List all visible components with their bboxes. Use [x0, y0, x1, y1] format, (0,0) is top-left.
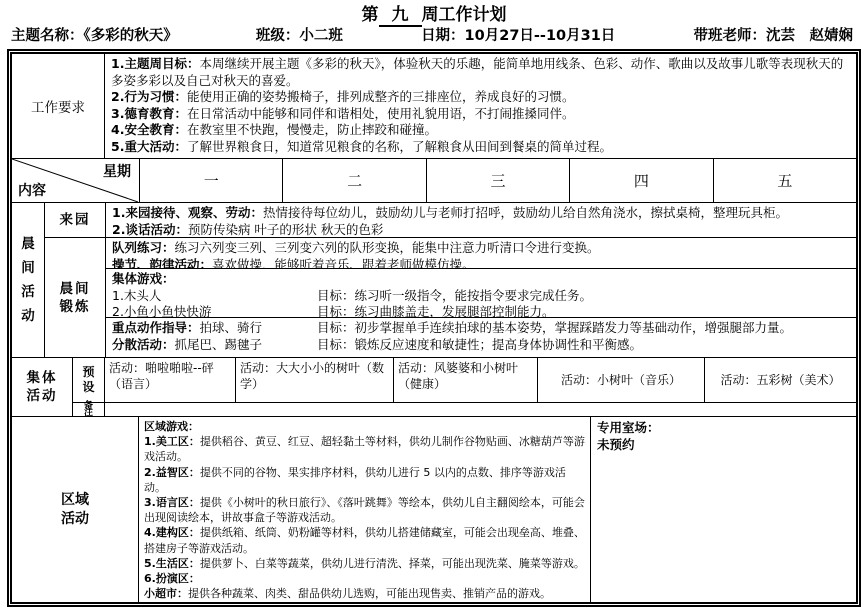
key-guidance-name: 分散活动：抓尾巴、踢毽子 — [112, 337, 317, 354]
work-item-lead: 3.德育教育： — [111, 106, 187, 121]
regional-item: 5.生活区：提供萝卜、白菜等蔬菜，供幼儿进行清洗、择菜，可能出现洗菜、腌菜等游戏… — [144, 556, 585, 571]
work-requirements-row: 工作要求 1.主题周目标：本周继续开展主题《多彩的秋天》，体验秋天的乐趣，能简单… — [12, 54, 856, 158]
activity-wednesday: 活动：风婆婆和小树叶（健康） — [393, 358, 537, 402]
regional-item: 6.扮演区： — [144, 571, 585, 586]
title-prefix: 第 — [362, 5, 379, 25]
date-range: 日期：10月27日--10月31日 — [421, 27, 615, 46]
drill-item-lead: 操节、韵律活动： — [112, 257, 212, 269]
preset-label-text: 预设 — [82, 365, 95, 395]
drill-item-text: 练习六列变三列、三列变六列的队形变换，能集中注意力听清口令进行变换。 — [175, 240, 600, 255]
work-item-lead: 2.行为习惯： — [111, 89, 187, 104]
morning-exercise-label-text: 晨间锻炼 — [59, 280, 91, 316]
key-guidance-activity: 抓尾巴、踢毽子 — [175, 337, 263, 352]
work-item-lead: 5.重大活动： — [111, 139, 187, 154]
document-meta-row: 主题名称：《多彩的秋天》 班级：小二班 日期：10月27日--10月31日 带班… — [7, 26, 861, 49]
key-guidance-section: 重点动作指导：拍球、骑行 目标：初步掌握单手连续拍球的基本姿势，掌握踩踏发力等基… — [106, 317, 856, 357]
note-label: 备注 — [73, 402, 104, 416]
day-friday: 五 — [713, 159, 856, 202]
group-game-goal: 目标：练习曲膝盖走，发展腿部控制能力。 — [317, 304, 555, 317]
key-guidance-item: 重点动作指导：拍球、骑行 目标：初步掌握单手连续拍球的基本姿势，掌握踩踏发力等基… — [112, 320, 850, 337]
regional-item: 1.美工区：提供稻谷、黄豆、红豆、超轻黏土等材料，供幼儿制作谷物贴画、冰糖葫芦等… — [144, 434, 585, 464]
morning-activities-band: 晨间活动 来园 1.来园接待、观察、劳动：热情接待每位幼儿，鼓励幼儿与老师打招呼… — [12, 202, 856, 357]
regional-activities-label: 区域活动 — [12, 417, 138, 602]
note-cell — [105, 402, 856, 416]
regional-activities-content: 区域游戏： 1.美工区：提供稻谷、黄豆、红豆、超轻黏土等材料，供幼儿制作谷物贴画… — [138, 417, 590, 602]
work-item-text: 在教室里不快跑，慢慢走，防止摔跤和碰撞。 — [187, 122, 437, 137]
arrival-content: 1.来园接待、观察、劳动：热情接待每位幼儿，鼓励幼儿与老师打招呼，鼓励幼儿给自然… — [105, 203, 856, 237]
regional-item-text: 提供《小树叶的秋日旅行》、《落叶跳舞》等绘本，供幼儿自主翻阅绘本，可能会出现阅读… — [144, 496, 585, 524]
regional-item-text: 提供各种蔬菜、肉类、甜品供幼儿选购，可能出现售卖、推销产品的游戏。 — [188, 587, 551, 600]
regional-item-lead: 3.语言区： — [144, 496, 200, 509]
regional-item-lead: 5.生活区： — [144, 557, 200, 570]
regional-item: 2.益智区：提供不同的谷物、果实排序材料，供幼儿进行 5 以内的点数、排序等游戏… — [144, 465, 585, 495]
morning-exercise-label: 晨间锻炼 — [45, 238, 105, 357]
day-thursday: 四 — [569, 159, 712, 202]
activity-tuesday: 活动：大大小小的树叶（数学） — [235, 358, 393, 402]
arrival-item-text: 预防传染病 叶子的形状 秋天的色彩 — [188, 222, 383, 237]
work-item-lead: 1.主题周目标： — [111, 56, 199, 71]
special-room-cell: 专用室场： 未预约 — [590, 417, 856, 602]
arrival-label-text: 来园 — [59, 211, 91, 229]
work-item-text: 了解世界粮食日，知道常见粮食的名称，了解粮食从田间到餐桌的简单过程。 — [187, 139, 612, 154]
group-game-item: 1.木头人 目标：练习听一级指令，能按指令要求完成任务。 — [112, 288, 850, 305]
teachers: 带班老师：沈芸 赵婧娴 — [693, 27, 853, 46]
day-wednesday: 三 — [426, 159, 569, 202]
morning-exercise-row: 晨间锻炼 队列练习：练习六列变三列、三列变六列的队形变换，能集中注意力听清口令进… — [45, 237, 856, 357]
regional-activities-label-text: 区域活动 — [58, 491, 92, 529]
corner-week-label: 星期 — [103, 161, 131, 181]
drill-item: 操节、韵律活动：喜欢做操，能够听着音乐、跟着老师做模仿操。 — [112, 257, 850, 269]
activity-friday: 活动：五彩树（美术） — [704, 358, 856, 402]
regional-item-lead: 4.建构区： — [144, 526, 200, 539]
morning-activities-label-text: 晨间活动 — [21, 232, 36, 328]
page-title: 第九周工作计划 — [7, 5, 861, 26]
arrival-item-lead: 2.谈话活动： — [112, 222, 188, 237]
work-item: 3.德育教育：在日常活动中能够和同伴和谐相处，使用礼貌用语，不打闹推搡同伴。 — [111, 106, 850, 123]
drill-section: 队列练习：练习六列变三列、三列变六列的队形变换，能集中注意力听清口令进行变换。 … — [106, 238, 856, 268]
drill-item-lead: 队列练习： — [112, 240, 175, 255]
arrival-label: 来园 — [45, 203, 105, 237]
drill-item-text: 喜欢做操，能够听着音乐、跟着老师做模仿操。 — [212, 257, 475, 269]
work-item-text: 在日常活动中能够和同伴和谐相处，使用礼貌用语，不打闹推搡同伴。 — [187, 106, 575, 121]
collective-activities-band: 集体活动 预设 备注 活动：啪啦啪啦--砰（语言） 活动：大大小小的树叶（数学）… — [12, 357, 856, 416]
regional-item-text: 提供萝卜、白菜等蔬菜，供幼儿进行清洗、择菜，可能出现洗菜、腌菜等游戏。 — [200, 557, 585, 570]
key-guidance-goal: 目标：锻炼反应速度和敏捷性；提高身体协调性和平衡感。 — [317, 337, 642, 354]
work-item-lead: 4.安全教育： — [111, 122, 187, 137]
key-guidance-activity: 拍球、骑行 — [200, 320, 263, 335]
document-header: 第九周工作计划 主题名称：《多彩的秋天》 班级：小二班 日期：10月27日--1… — [7, 0, 861, 49]
work-item: 1.主题周目标：本周继续开展主题《多彩的秋天》，体验秋天的乐趣，能简单地用线条、… — [111, 56, 850, 89]
regional-item-lead: 1.美工区： — [144, 435, 200, 448]
corner-cell: 星期 内容 — [12, 159, 139, 202]
weekly-plan-document: 第九周工作计划 主题名称：《多彩的秋天》 班级：小二班 日期：10月27日--1… — [0, 0, 868, 613]
arrival-item: 1.来园接待、观察、劳动：热情接待每位幼儿，鼓励幼儿与老师打招呼，鼓励幼儿给自然… — [112, 205, 850, 222]
arrival-item-text: 热情接待每位幼儿，鼓励幼儿与老师打招呼，鼓励幼儿给自然角浇水，擦拭桌椅，整理玩具… — [263, 205, 788, 220]
regional-activities-band: 区域活动 区域游戏： 1.美工区：提供稻谷、黄豆、红豆、超轻黏土等材料，供幼儿制… — [12, 416, 856, 602]
group-game-name: 1.木头人 — [112, 288, 317, 305]
note-label-text: 备注 — [84, 403, 94, 417]
group-games-header: 集体游戏： — [112, 271, 850, 288]
collective-activities-label: 集体活动 — [12, 358, 72, 416]
class-name: 班级：小二班 — [256, 27, 343, 46]
regional-item-text: 提供稻谷、黄豆、红豆、超轻黏土等材料，供幼儿制作谷物贴画、冰糖葫芦等游戏活动。 — [144, 435, 585, 463]
theme-name: 主题名称：《多彩的秋天》 — [11, 27, 178, 46]
group-game-item: 2.小鱼小鱼快快游 目标：练习曲膝盖走，发展腿部控制能力。 — [112, 304, 850, 317]
weekday-header-row: 星期 内容 一 二 三 四 五 — [12, 158, 856, 202]
key-guidance-lead: 重点动作指导： — [112, 320, 200, 335]
key-guidance-goal: 目标：初步掌握单手连续拍球的基本姿势，掌握踩踏发力等基础动作，增强腿部力量。 — [317, 320, 792, 337]
work-item: 5.重大活动：了解世界粮食日，知道常见粮食的名称，了解粮食从田间到餐桌的简单过程… — [111, 139, 850, 156]
collective-activities-body: 活动：啪啦啪啦--砰（语言） 活动：大大小小的树叶（数学） 活动：风婆婆和小树叶… — [104, 358, 856, 416]
day-monday: 一 — [139, 159, 282, 202]
preset-label: 预设 — [73, 358, 104, 402]
regional-item: 小超市：提供各种蔬菜、肉类、甜品供幼儿选购，可能出现售卖、推销产品的游戏。 — [144, 586, 585, 601]
key-guidance-item: 分散活动：抓尾巴、踢毽子 目标：锻炼反应速度和敏捷性；提高身体协调性和平衡感。 — [112, 337, 850, 354]
morning-exercise-body: 队列练习：练习六列变三列、三列变六列的队形变换，能集中注意力听清口令进行变换。 … — [105, 238, 856, 357]
regional-item-text: 提供不同的谷物、果实排序材料，供幼儿进行 5 以内的点数、排序等游戏活动。 — [144, 466, 566, 494]
drill-item: 队列练习：练习六列变三列、三列变六列的队形变换，能集中注意力听清口令进行变换。 — [112, 240, 850, 257]
activity-monday: 活动：啪啦啪啦--砰（语言） — [105, 358, 235, 402]
work-item-text: 本周继续开展主题《多彩的秋天》，体验秋天的乐趣，能简单地用线条、色彩、动作、歌曲… — [111, 56, 843, 88]
preset-note-labels: 预设 备注 — [72, 358, 104, 416]
work-item: 2.行为习惯：能使用正确的姿势搬椅子，排列成整齐的三排座位，养成良好的习惯。 — [111, 89, 850, 106]
arrival-item-lead: 1.来园接待、观察、劳动： — [112, 205, 263, 220]
plan-table: 工作要求 1.主题周目标：本周继续开展主题《多彩的秋天》，体验秋天的乐趣，能简单… — [7, 49, 861, 607]
work-requirements-label: 工作要求 — [12, 54, 104, 158]
regional-games-header: 区域游戏： — [144, 419, 585, 434]
arrival-row: 来园 1.来园接待、观察、劳动：热情接待每位幼儿，鼓励幼儿与老师打招呼，鼓励幼儿… — [45, 203, 856, 237]
key-guidance-name: 重点动作指导：拍球、骑行 — [112, 320, 317, 337]
regional-item-lead: 6.扮演区： — [144, 572, 200, 585]
group-games-section: 集体游戏： 1.木头人 目标：练习听一级指令，能按指令要求完成任务。 2.小鱼小… — [106, 268, 856, 317]
group-game-name: 2.小鱼小鱼快快游 — [112, 304, 317, 317]
key-guidance-lead: 分散活动： — [112, 337, 175, 352]
regional-item-lead: 2.益智区： — [144, 466, 200, 479]
work-item: 4.安全教育：在教室里不快跑，慢慢走，防止摔跤和碰撞。 — [111, 122, 850, 139]
title-week-number: 九 — [379, 5, 422, 27]
arrival-item: 2.谈话活动：预防传染病 叶子的形状 秋天的色彩 — [112, 222, 850, 238]
regional-item: 4.建构区：提供纸箱、纸筒、奶粉罐等材料，供幼儿搭建储藏室，可能会出现垒高、堆叠… — [144, 525, 585, 555]
special-room-value: 未预约 — [597, 436, 850, 453]
title-suffix: 周工作计划 — [422, 5, 507, 25]
special-room-label: 专用室场： — [597, 419, 850, 436]
activity-thursday: 活动：小树叶（音乐） — [537, 358, 704, 402]
regional-item: 3.语言区：提供《小树叶的秋日旅行》、《落叶跳舞》等绘本，供幼儿自主翻阅绘本，可… — [144, 495, 585, 525]
regional-item-text: 提供纸箱、纸筒、奶粉罐等材料，供幼儿搭建储藏室，可能会出现垒高、堆叠、搭建房子等… — [144, 526, 585, 554]
group-game-goal: 目标：练习听一级指令，能按指令要求完成任务。 — [317, 288, 592, 305]
work-item-text: 能使用正确的姿势搬椅子，排列成整齐的三排座位，养成良好的习惯。 — [187, 89, 575, 104]
collective-activities-label-text: 集体活动 — [26, 369, 58, 405]
work-requirements-content: 1.主题周目标：本周继续开展主题《多彩的秋天》，体验秋天的乐趣，能简单地用线条、… — [104, 54, 856, 158]
corner-content-label: 内容 — [18, 180, 46, 200]
preset-activities-row: 活动：啪啦啪啦--砰（语言） 活动：大大小小的树叶（数学） 活动：风婆婆和小树叶… — [105, 358, 856, 402]
day-tuesday: 二 — [282, 159, 425, 202]
morning-activities-label: 晨间活动 — [12, 203, 44, 357]
morning-activities-body: 来园 1.来园接待、观察、劳动：热情接待每位幼儿，鼓励幼儿与老师打招呼，鼓励幼儿… — [44, 203, 856, 357]
regional-item-lead: 小超市： — [144, 587, 188, 600]
